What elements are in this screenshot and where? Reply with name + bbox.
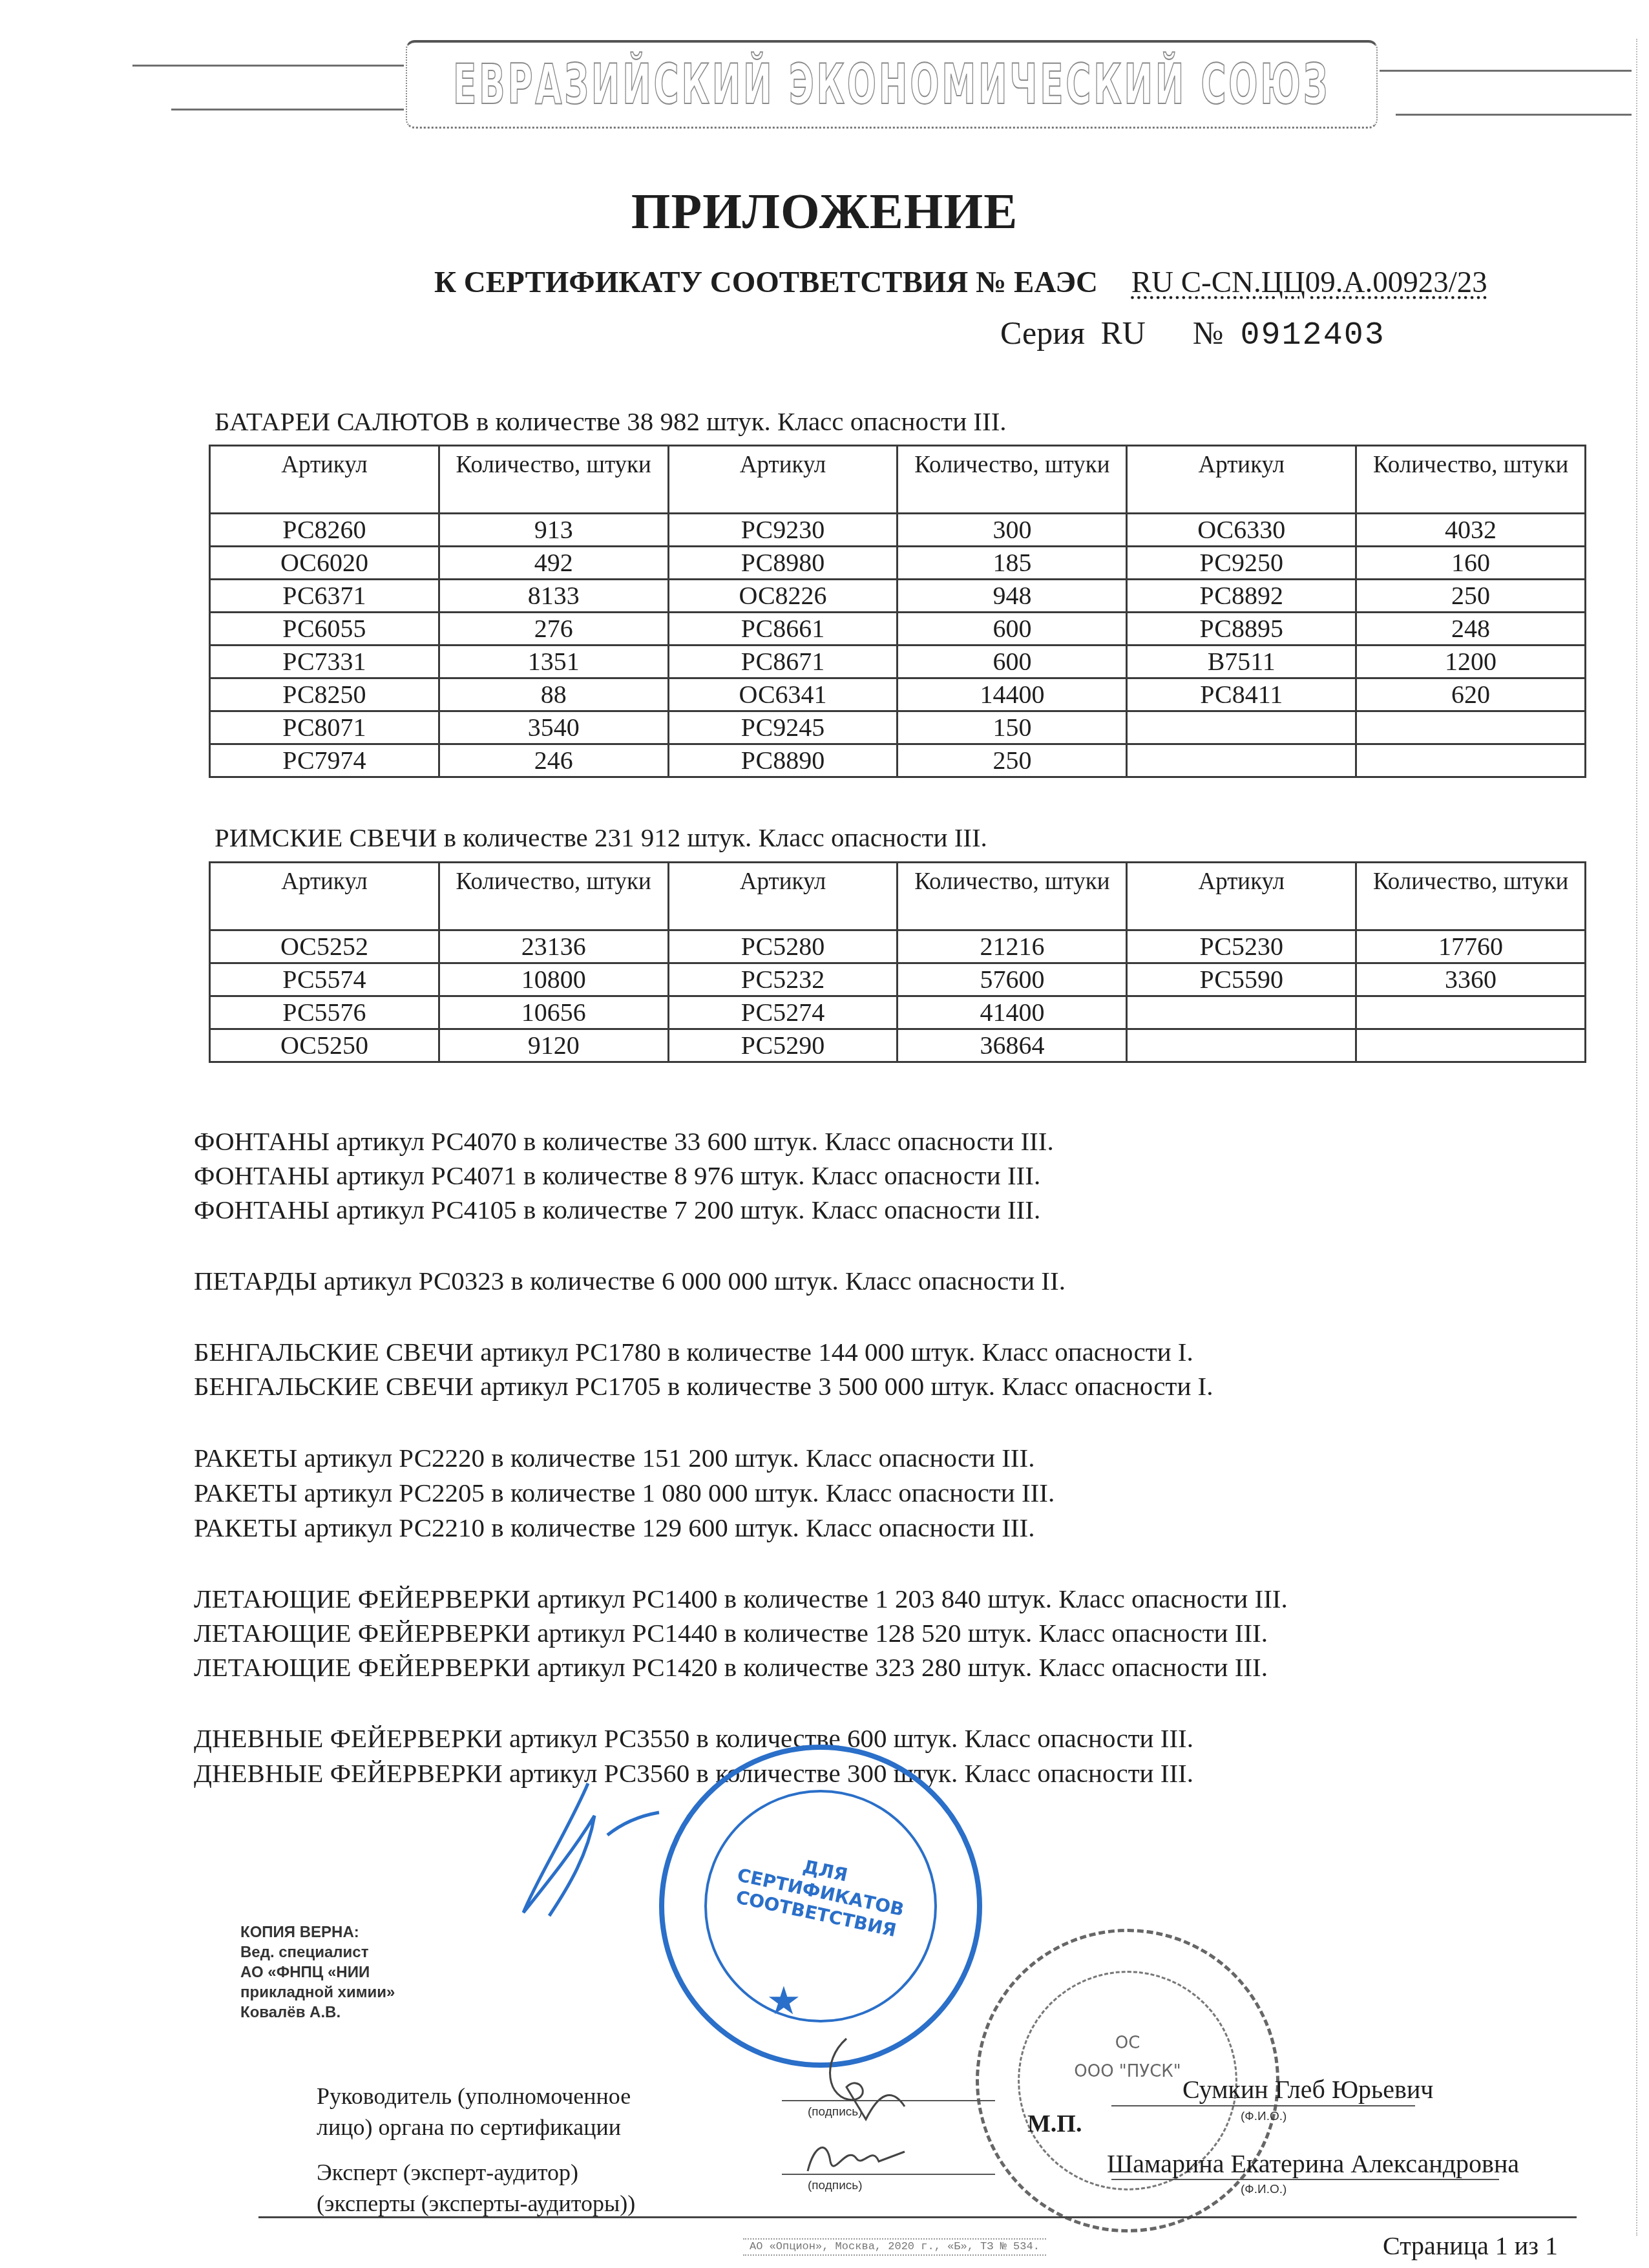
quantity-cell: 246 bbox=[439, 744, 668, 777]
article-cell: РС5230 bbox=[1127, 930, 1356, 963]
line-item: БЕНГАЛЬСКИЕ СВЕЧИ артикул РС1705 в колич… bbox=[194, 1370, 1213, 1402]
quantity-cell: 88 bbox=[439, 678, 668, 711]
label-line: (эксперты (эксперты-аудиторы)) bbox=[317, 2188, 635, 2219]
quantity-cell: 57600 bbox=[898, 963, 1127, 996]
form-number: 0912403 bbox=[1241, 317, 1385, 354]
table-row: ОС525223136РС528021216РС523017760 bbox=[210, 930, 1586, 963]
article-cell: РС8671 bbox=[668, 646, 898, 678]
article-cell: РС5590 bbox=[1127, 963, 1356, 996]
article-cell: РС5274 bbox=[668, 996, 898, 1029]
quantity-cell: 10800 bbox=[439, 963, 668, 996]
head-full-name: Сумкин Глеб Юрьевич bbox=[1182, 2074, 1433, 2105]
line-item: ДНЕВНЫЕ ФЕЙЕРВЕРКИ артикул РС3560 в коли… bbox=[194, 1758, 1193, 1789]
quantity-cell: 17760 bbox=[1356, 930, 1586, 963]
page-title: ПРИЛОЖЕНИЕ bbox=[0, 182, 1649, 240]
column-header: Артикул bbox=[1127, 446, 1356, 514]
quantity-cell: 913 bbox=[439, 514, 668, 547]
article-cell: РС7331 bbox=[210, 646, 439, 678]
line-item: ФОНТАНЫ артикул РС4071 в количестве 8 97… bbox=[194, 1160, 1040, 1191]
table-row: РС557410800РС523257600РС55903360 bbox=[210, 963, 1586, 996]
article-cell: РС5290 bbox=[668, 1029, 898, 1062]
quantity-cell: 9120 bbox=[439, 1029, 668, 1062]
column-header: Количество, штуки bbox=[1356, 446, 1586, 514]
article-cell: РС6371 bbox=[210, 580, 439, 613]
article-cell: РС8890 bbox=[668, 744, 898, 777]
label-line: Эксперт (эксперт-аудитор) bbox=[317, 2157, 635, 2188]
article-cell: ОС6341 bbox=[668, 678, 898, 711]
quantity-cell bbox=[1356, 996, 1586, 1029]
article-cell: РС9230 bbox=[668, 514, 898, 547]
table-row: РС8260913РС9230300ОС63304032 bbox=[210, 514, 1586, 547]
quantity-cell: 36864 bbox=[898, 1029, 1127, 1062]
certificate-reference: К СЕРТИФИКАТУ СООТВЕТСТВИЯ № ЕАЭС RU C-C… bbox=[434, 265, 1487, 300]
table-row: РС73311351РС8671600В75111200 bbox=[210, 646, 1586, 678]
series-value: RU bbox=[1100, 315, 1145, 351]
line-item: РАКЕТЫ артикул РС2220 в количестве 151 2… bbox=[194, 1442, 1035, 1473]
expert-label: Эксперт (эксперт-аудитор) (эксперты (экс… bbox=[317, 2157, 635, 2219]
table-row: РС825088ОС634114400РС8411620 bbox=[210, 678, 1586, 711]
label-line: Руководитель (уполномоченное bbox=[317, 2081, 631, 2112]
article-cell: РС8071 bbox=[210, 711, 439, 744]
article-cell: РС9250 bbox=[1127, 547, 1356, 580]
line-item: ДНЕВНЫЕ ФЕЙЕРВЕРКИ артикул РС3550 в коли… bbox=[194, 1723, 1193, 1754]
article-cell: РС8411 bbox=[1127, 678, 1356, 711]
banner-rule-left-bottom bbox=[171, 109, 404, 110]
copy-note-line: прикладной химии» bbox=[240, 1982, 395, 2002]
article-cell: ОС5252 bbox=[210, 930, 439, 963]
table-row: РС557610656РС527441400 bbox=[210, 996, 1586, 1029]
quantity-cell: 1200 bbox=[1356, 646, 1586, 678]
quantity-cell: 21216 bbox=[898, 930, 1127, 963]
star-icon: ★ bbox=[766, 1979, 801, 2024]
quantity-cell: 4032 bbox=[1356, 514, 1586, 547]
column-header: Количество, штуки bbox=[439, 446, 668, 514]
article-cell: РС5574 bbox=[210, 963, 439, 996]
line-item: ФОНТАНЫ артикул РС4105 в количестве 7 20… bbox=[194, 1194, 1040, 1225]
column-header: Количество, штуки bbox=[1356, 863, 1586, 930]
label-line: лицо) органа по сертификации bbox=[317, 2112, 631, 2143]
expert-name-caption: (Ф.И.О.) bbox=[1241, 2183, 1287, 2197]
quantity-cell bbox=[1356, 711, 1586, 744]
quantity-cell: 492 bbox=[439, 547, 668, 580]
column-header: Артикул bbox=[210, 863, 439, 930]
table-row: РС80713540РС9245150 bbox=[210, 711, 1586, 744]
banner-rule-right bbox=[1380, 70, 1632, 72]
copy-verification-stamp: ДЛЯ СЕРТИФИКАТОВ СООТВЕТСТВИЯ ★ bbox=[659, 1745, 982, 2068]
column-header: Артикул bbox=[668, 446, 898, 514]
article-cell: РС8895 bbox=[1127, 613, 1356, 646]
page-number: Страница 1 из 1 bbox=[1383, 2231, 1558, 2261]
article-cell bbox=[1127, 711, 1356, 744]
quantity-cell: 276 bbox=[439, 613, 668, 646]
line-item: ПЕТАРДЫ артикул РС0323 в количестве 6 00… bbox=[194, 1265, 1066, 1296]
quantity-cell: 1351 bbox=[439, 646, 668, 678]
printer-info: АО «Опцион», Москва, 2020 г., «Б», ТЗ № … bbox=[743, 2238, 1046, 2256]
batteries-table: АртикулКоличество, штукиАртикулКоличеств… bbox=[209, 445, 1586, 778]
banner-rule-left bbox=[132, 65, 404, 67]
signature-expert bbox=[795, 2132, 911, 2184]
quantity-cell: 250 bbox=[1356, 580, 1586, 613]
quantity-cell: 300 bbox=[898, 514, 1127, 547]
expert-full-name: Шамарина Екатерина Александровна bbox=[1107, 2148, 1519, 2179]
column-header: Артикул bbox=[210, 446, 439, 514]
article-cell: РС8892 bbox=[1127, 580, 1356, 613]
article-cell: РС5232 bbox=[668, 963, 898, 996]
union-banner: ЕВРАЗИЙСКИЙ ЭКОНОМИЧЕСКИЙ СОЮЗ bbox=[406, 40, 1378, 129]
article-cell: РС7974 bbox=[210, 744, 439, 777]
column-header: Артикул bbox=[668, 863, 898, 930]
quantity-cell: 10656 bbox=[439, 996, 668, 1029]
article-cell: РС6055 bbox=[210, 613, 439, 646]
copy-certified-note: КОПИЯ ВЕРНА: Вед. специалист АО «ФНПЦ «Н… bbox=[240, 1922, 395, 2022]
quantity-cell: 600 bbox=[898, 646, 1127, 678]
head-name-caption: (Ф.И.О.) bbox=[1241, 2110, 1287, 2124]
article-cell bbox=[1127, 1029, 1356, 1062]
quantity-cell: 620 bbox=[1356, 678, 1586, 711]
article-cell bbox=[1127, 996, 1356, 1029]
line-item: ЛЕТАЮЩИЕ ФЕЙЕРВЕРКИ артикул РС1420 в кол… bbox=[194, 1652, 1268, 1683]
article-cell bbox=[1127, 744, 1356, 777]
copy-note-line: Вед. специалист bbox=[240, 1942, 395, 1962]
quantity-cell: 248 bbox=[1356, 613, 1586, 646]
copy-note-line: АО «ФНПЦ «НИИ bbox=[240, 1962, 395, 1982]
quantity-cell bbox=[1356, 744, 1586, 777]
table-row: ОС6020492РС8980185РС9250160 bbox=[210, 547, 1586, 580]
table-row: РС7974246РС8890250 bbox=[210, 744, 1586, 777]
column-header: Артикул bbox=[1127, 863, 1356, 930]
quantity-cell: 160 bbox=[1356, 547, 1586, 580]
article-cell: РС9245 bbox=[668, 711, 898, 744]
table-row: РС6055276РС8661600РС8895248 bbox=[210, 613, 1586, 646]
signature-copy-verifier bbox=[510, 1777, 666, 1926]
copy-note-line: Ковалёв А.В. bbox=[240, 2002, 395, 2022]
union-banner-text: ЕВРАЗИЙСКИЙ ЭКОНОМИЧЕСКИЙ СОЮЗ bbox=[453, 52, 1330, 117]
quantity-cell: 14400 bbox=[898, 678, 1127, 711]
quantity-cell: 250 bbox=[898, 744, 1127, 777]
line-item: ФОНТАНЫ артикул РС4070 в количестве 33 6… bbox=[194, 1126, 1054, 1157]
article-cell: ОС5250 bbox=[210, 1029, 439, 1062]
article-cell: РС5280 bbox=[668, 930, 898, 963]
quantity-cell: 23136 bbox=[439, 930, 668, 963]
article-cell: РС8980 bbox=[668, 547, 898, 580]
quantity-cell: 948 bbox=[898, 580, 1127, 613]
article-cell: РС8260 bbox=[210, 514, 439, 547]
roman-candles-table: АртикулКоличество, штукиАртикулКоличеств… bbox=[209, 861, 1586, 1063]
quantity-cell: 600 bbox=[898, 613, 1127, 646]
quantity-cell bbox=[1356, 1029, 1586, 1062]
article-cell: РС8661 bbox=[668, 613, 898, 646]
table-row: ОС52509120РС529036864 bbox=[210, 1029, 1586, 1062]
seal-placement-label: М.П. bbox=[1027, 2110, 1082, 2138]
head-name-line bbox=[1111, 2105, 1415, 2106]
seal-line: ОС bbox=[979, 2029, 1276, 2057]
certificate-prefix: К СЕРТИФИКАТУ СООТВЕТСТВИЯ № ЕАЭС bbox=[434, 266, 1098, 299]
article-cell: РС5576 bbox=[210, 996, 439, 1029]
series-label: Серия bbox=[1000, 315, 1085, 351]
signature-head bbox=[808, 2035, 937, 2126]
quantity-cell: 150 bbox=[898, 711, 1127, 744]
quantity-cell: 3360 bbox=[1356, 963, 1586, 996]
number-label: № bbox=[1192, 315, 1223, 351]
article-cell: ОС6330 bbox=[1127, 514, 1356, 547]
line-item: ЛЕТАЮЩИЕ ФЕЙЕРВЕРКИ артикул РС1400 в кол… bbox=[194, 1583, 1288, 1614]
article-cell: ОС8226 bbox=[668, 580, 898, 613]
footer-rule bbox=[258, 2216, 1577, 2218]
line-item: РАКЕТЫ артикул РС2210 в количестве 129 6… bbox=[194, 1512, 1035, 1543]
line-item: БЕНГАЛЬСКИЕ СВЕЧИ артикул РС1780 в колич… bbox=[194, 1336, 1193, 1367]
copy-note-line: КОПИЯ ВЕРНА: bbox=[240, 1922, 395, 1942]
article-cell: РС8250 bbox=[210, 678, 439, 711]
series-line: Серия RU № 0912403 bbox=[1000, 314, 1385, 354]
head-of-body-label: Руководитель (уполномоченное лицо) орган… bbox=[317, 2081, 631, 2143]
quantity-cell: 41400 bbox=[898, 996, 1127, 1029]
scan-edge-artifact bbox=[1635, 39, 1637, 2236]
article-cell: В7511 bbox=[1127, 646, 1356, 678]
quantity-cell: 185 bbox=[898, 547, 1127, 580]
certificate-number: RU C-CN.ЦЦ09.А.00923/23 bbox=[1131, 266, 1487, 299]
column-header: Количество, штуки bbox=[898, 863, 1127, 930]
article-cell: ОС6020 bbox=[210, 547, 439, 580]
line-item: ЛЕТАЮЩИЕ ФЕЙЕРВЕРКИ артикул РС1440 в кол… bbox=[194, 1617, 1268, 1648]
column-header: Количество, штуки bbox=[439, 863, 668, 930]
table-row: РС63718133ОС8226948РС8892250 bbox=[210, 580, 1586, 613]
section-heading-batteries: БАТАРЕИ САЛЮТОВ в количестве 38 982 штук… bbox=[215, 406, 1007, 437]
column-header: Количество, штуки bbox=[898, 446, 1127, 514]
quantity-cell: 3540 bbox=[439, 711, 668, 744]
section-heading-roman-candles: РИМСКИЕ СВЕЧИ в количестве 231 912 штук.… bbox=[215, 822, 987, 853]
line-item: РАКЕТЫ артикул РС2205 в количестве 1 080… bbox=[194, 1477, 1055, 1508]
quantity-cell: 8133 bbox=[439, 580, 668, 613]
expert-name-line bbox=[1111, 2179, 1499, 2180]
banner-rule-right-bottom bbox=[1396, 114, 1632, 116]
